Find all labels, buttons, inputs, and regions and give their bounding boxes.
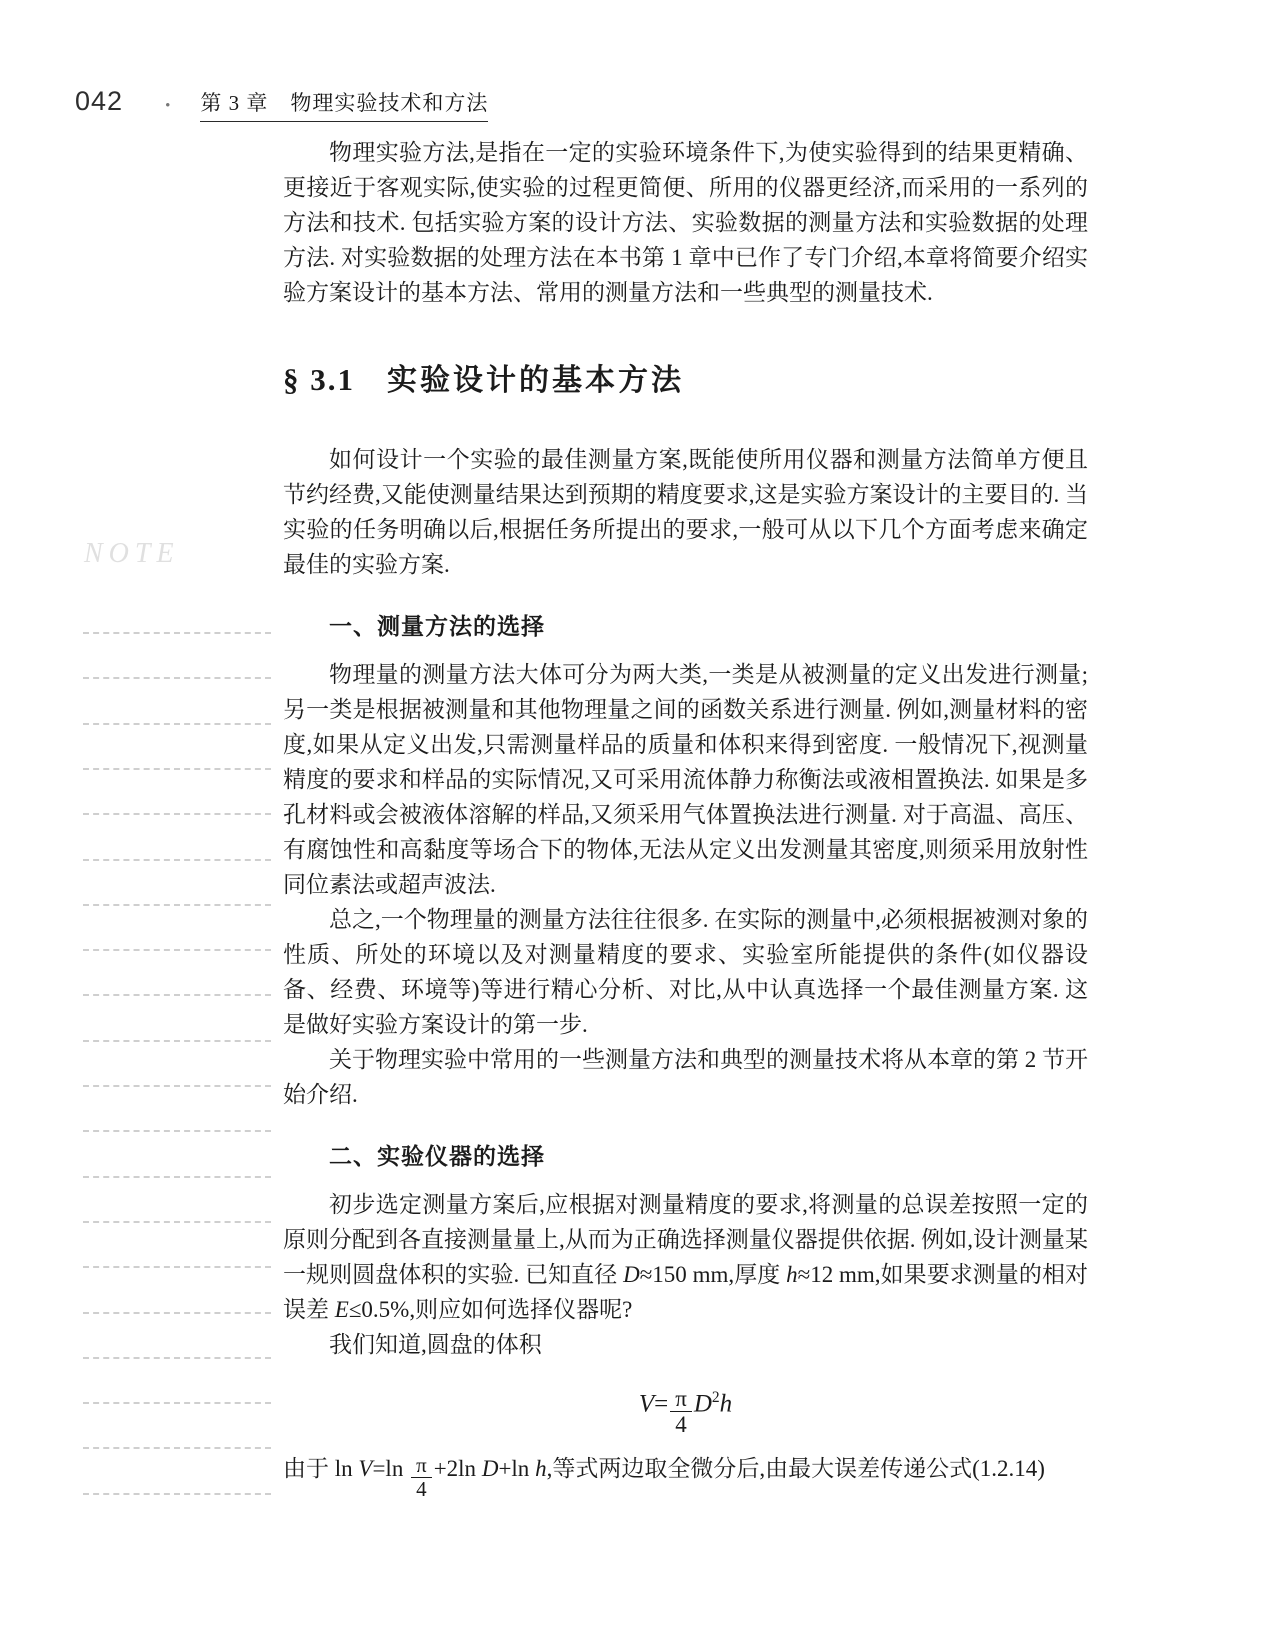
section-title: 实验设计的基本方法: [387, 363, 684, 398]
note-line: [83, 1040, 271, 1042]
bullet-icon: •: [165, 98, 170, 115]
note-line: [83, 1266, 271, 1268]
paragraph-intro: 物理实验方法,是指在一定的实验环境条件下,为使实验得到的结果更精确、更接近于客观…: [283, 135, 1088, 310]
text-run: ,等式两边取全微分后,由最大误差传递公式(1.2.14): [547, 1456, 1045, 1481]
chapter-running-title: 第 3 章 物理实验技术和方法: [200, 87, 488, 122]
math-var-D: D: [482, 1456, 499, 1481]
paragraph-volume-lead: 我们知道,圆盘的体积: [283, 1327, 1088, 1362]
math-var-V: V: [358, 1456, 372, 1481]
note-label: NOTE: [84, 538, 180, 570]
note-line: [83, 1357, 271, 1359]
math-var-D: D: [694, 1390, 712, 1417]
math-var-V: V: [639, 1390, 654, 1417]
volume-formula: V=π4D2h: [283, 1378, 1088, 1437]
equals-sign: =: [654, 1390, 668, 1417]
text-run: +ln: [498, 1456, 535, 1481]
fraction-pi-over-4: π4: [411, 1454, 432, 1501]
subheading-instrument-selection: 二、实验仪器的选择: [283, 1139, 1088, 1174]
paragraph-method-3: 关于物理实验中常用的一些测量方法和典型的测量技术将从本章的第 2 节开始介绍.: [283, 1042, 1088, 1112]
fraction-pi-over-4: π4: [670, 1386, 692, 1438]
main-text-column: 物理实验方法,是指在一定的实验环境条件下,为使实验得到的结果更精确、更接近于客观…: [283, 135, 1088, 1501]
math-var-E: E: [335, 1297, 349, 1322]
note-line: [83, 1312, 271, 1314]
note-line: [83, 768, 271, 770]
note-line: [83, 1176, 271, 1178]
subheading-measurement-method: 一、测量方法的选择: [283, 609, 1088, 644]
paragraph-method-1: 物理量的测量方法大体可分为两大类,一类是从被测量的定义出发进行测量;另一类是根据…: [283, 657, 1088, 902]
note-line: [83, 1221, 271, 1223]
note-line: [83, 1085, 271, 1087]
note-line: [83, 1493, 271, 1495]
section-heading: § 3.1 实验设计的基本方法: [283, 362, 1088, 398]
textbook-page: 042 • 第 3 章 物理实验技术和方法 NOTE 物理实验方法,是指在一定的…: [0, 0, 1266, 1637]
note-line: [83, 632, 271, 634]
note-line: [83, 994, 271, 996]
page-number: 042: [75, 86, 123, 117]
text-run: ≈150 mm,厚度: [640, 1262, 786, 1287]
paragraph-closing: 由于 ln V=ln π4+2ln D+ln h,等式两边取全微分后,由最大误差…: [283, 1451, 1088, 1501]
text-run: +2ln: [434, 1456, 482, 1481]
text-run: =ln: [372, 1456, 409, 1481]
math-var-h: h: [720, 1390, 733, 1417]
section-number: § 3.1: [283, 362, 355, 397]
fraction-numerator: π: [411, 1454, 432, 1477]
fraction-denominator: 4: [670, 1411, 692, 1437]
math-exponent: 2: [712, 1389, 720, 1406]
text-run: 由于 ln: [283, 1456, 358, 1481]
paragraph-instrument-1: 初步选定测量方案后,应根据对测量精度的要求,将测量的总误差按照一定的原则分配到各…: [283, 1187, 1088, 1327]
note-line: [83, 949, 271, 951]
note-line: [83, 859, 271, 861]
note-line: [83, 1130, 271, 1132]
fraction-denominator: 4: [411, 1477, 432, 1501]
paragraph-section-lead: 如何设计一个实验的最佳测量方案,既能使所用仪器和测量方法简单方便且节约经费,又能…: [283, 442, 1088, 582]
note-line: [83, 1402, 271, 1404]
text-run: ≤0.5%,则应如何选择仪器呢?: [349, 1297, 633, 1322]
math-var-h: h: [786, 1262, 798, 1287]
note-line: [83, 677, 271, 679]
math-var-D: D: [623, 1262, 640, 1287]
note-line: [83, 723, 271, 725]
page-header: 042 • 第 3 章 物理实验技术和方法: [75, 86, 488, 122]
paragraph-method-2: 总之,一个物理量的测量方法往往很多. 在实际的测量中,必须根据被测对象的性质、所…: [283, 902, 1088, 1042]
note-line: [83, 1447, 271, 1449]
note-line: [83, 904, 271, 906]
fraction-numerator: π: [670, 1386, 692, 1411]
note-line: [83, 813, 271, 815]
math-var-h: h: [535, 1456, 547, 1481]
